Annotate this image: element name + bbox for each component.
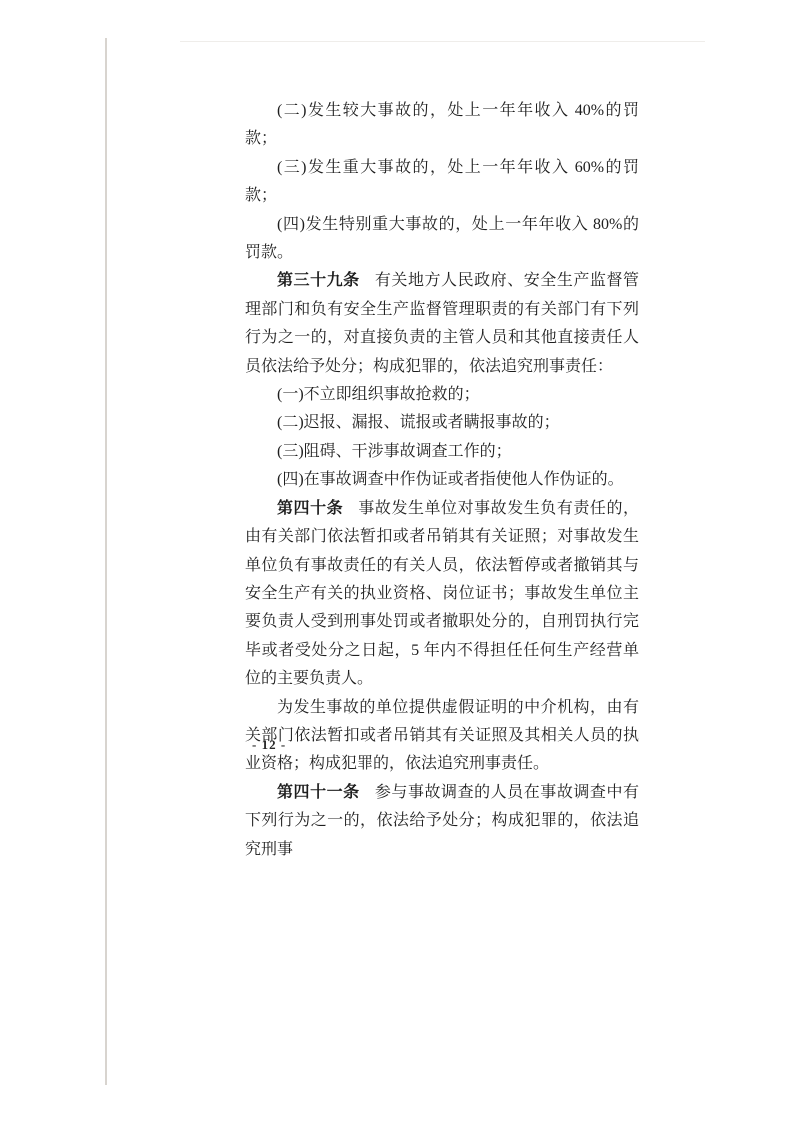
page-number: - 12 - [252, 737, 286, 753]
paragraph-text: (三)发生重大事故的，处上一年年收入 60%的罚款； [245, 159, 639, 204]
document-page: (二)发生较大事故的，处上一年年收入 40%的罚款； (三)发生重大事故的，处上… [0, 0, 793, 1122]
list-item-fine-80pct: (四)发生特别重大事故的，处上一年年收入 80%的罚款。 [245, 211, 639, 268]
article-39-item-1: (一)不立即组织事故抢救的； [245, 381, 639, 409]
paragraph-text: (二)迟报、漏报、谎报或者瞒报事故的； [277, 414, 560, 431]
list-item-fine-40pct: (二)发生较大事故的，处上一年年收入 40%的罚款； [245, 97, 639, 154]
article-number: 第三十九条 [277, 272, 360, 289]
article-41-paragraph: 第四十一条参与事故调查的人员在事故调查中有下列行为之一的，依法给予处分；构成犯罪… [245, 779, 639, 864]
page-edge-vertical-rule [105, 38, 107, 1085]
article-39-item-2: (二)迟报、漏报、谎报或者瞒报事故的； [245, 409, 639, 437]
article-number: 第四十一条 [277, 784, 360, 801]
paragraph-text: (三)阻碍、干涉事故调查工作的； [277, 443, 512, 460]
body-text: (二)发生较大事故的，处上一年年收入 40%的罚款； (三)发生重大事故的，处上… [245, 97, 639, 864]
article-39-paragraph: 第三十九条有关地方人民政府、安全生产监督管理部门和负有安全生产监督管理职责的有关… [245, 267, 639, 381]
page-edge-horizontal-rule [180, 41, 705, 42]
paragraph-text: (四)发生特别重大事故的，处上一年年收入 80%的罚款。 [245, 216, 639, 261]
paragraph-text: (二)发生较大事故的，处上一年年收入 40%的罚款； [245, 102, 639, 147]
list-item-fine-60pct: (三)发生重大事故的，处上一年年收入 60%的罚款； [245, 154, 639, 211]
article-40-paragraph-1: 第四十条事故发生单位对事故发生负有责任的，由有关部门依法暂扣或者吊销其有关证照；… [245, 495, 639, 694]
article-39-item-3: (三)阻碍、干涉事故调查工作的； [245, 438, 639, 466]
paragraph-text: (四)在事故调查中作伪证或者指使他人作伪证的。 [277, 471, 624, 488]
paragraph-text: 为发生事故的单位提供虚假证明的中介机构，由有关部门依法暂扣或者吊销其有关证照及其… [245, 699, 639, 773]
article-number: 第四十条 [277, 500, 343, 517]
article-40-paragraph-2: 为发生事故的单位提供虚假证明的中介机构，由有关部门依法暂扣或者吊销其有关证照及其… [245, 694, 639, 779]
article-39-item-4: (四)在事故调查中作伪证或者指使他人作伪证的。 [245, 466, 639, 494]
paragraph-text: 事故发生单位对事故发生负有责任的，由有关部门依法暂扣或者吊销其有关证照；对事故发… [245, 500, 639, 687]
paragraph-text: (一)不立即组织事故抢救的； [277, 386, 480, 403]
